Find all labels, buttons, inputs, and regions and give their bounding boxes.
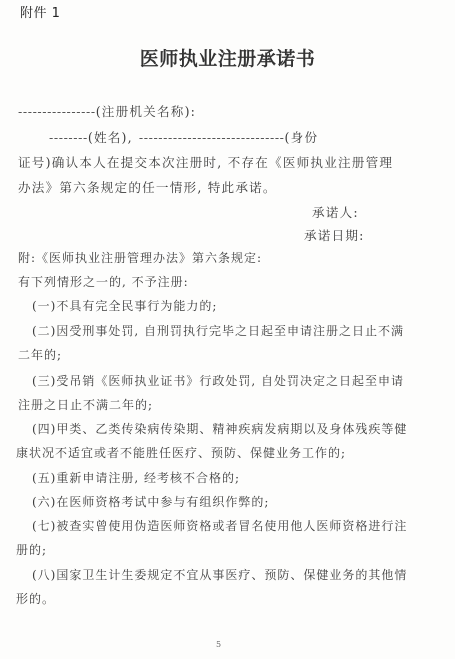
signer-label: 承诺人: xyxy=(312,202,359,221)
attachment-label: 附件 1 xyxy=(20,2,60,21)
clause-8-cont: 形的。 xyxy=(16,590,55,607)
id-blank: ------------------------------ xyxy=(139,130,285,145)
name-blank: -------- xyxy=(49,130,88,145)
clause-1: (一)不具有完全民事行为能力的; xyxy=(32,297,217,314)
clause-3: (三)受吊销《医师执业证书》行政处罚, 自处罚决定之日起至申请 xyxy=(32,372,404,389)
pledge-text-line-3: 证号)确认本人在提交本次注册时, 不存在《医师执业注册管理 xyxy=(18,152,393,171)
document-page: 附件 1 医师执业注册承诺书 ----------------(注册机关名称):… xyxy=(0,0,455,659)
pledge-text-line-4: 办法》第六条规定的任一情形, 特此承诺。 xyxy=(18,177,277,196)
clause-7-cont: 册的; xyxy=(16,541,47,558)
authority-blank: ---------------- xyxy=(18,104,96,119)
name-id-line: --------(姓名),---------------------------… xyxy=(49,127,318,146)
name-label: (姓名), xyxy=(88,130,133,145)
page-number: 5 xyxy=(216,640,221,649)
document-title: 医师执业注册承诺书 xyxy=(0,44,455,71)
clause-7: (七)被查实曾使用伪造医师资格或者冒名使用他人医师资格进行注 xyxy=(32,517,407,534)
appendix-heading: 附:《医师执业注册管理办法》第六条规定: xyxy=(18,249,262,266)
clause-2: (二)因受刑事处罚, 自刑罚执行完毕之日起至申请注册之日止不满 xyxy=(32,322,404,339)
date-label: 承诺日期: xyxy=(304,225,365,244)
clause-4-cont: 康状况不适宜或者不能胜任医疗、预防、保健业务工作的; xyxy=(16,444,346,461)
authority-label: (注册机关名称): xyxy=(96,104,196,119)
clause-5: (五)重新申请注册, 经考核不合格的; xyxy=(32,469,240,486)
clause-3-cont: 注册之日止不满二年的; xyxy=(18,396,153,413)
appendix-intro: 有下列情形之一的, 不予注册: xyxy=(18,273,189,290)
clause-8: (八)国家卫生计生委规定不宜从事医疗、预防、保健业务的其他情 xyxy=(32,566,407,583)
clause-6: (六)在医师资格考试中参与有组织作弊的; xyxy=(32,493,269,510)
clause-2-cont: 二年的; xyxy=(18,346,62,363)
id-label: (身份 xyxy=(285,130,319,145)
clause-4: (四)甲类、乙类传染病传染期、精神疾病发病期以及身体残疾等健 xyxy=(32,420,407,437)
registration-authority-line: ----------------(注册机关名称): xyxy=(18,101,196,120)
